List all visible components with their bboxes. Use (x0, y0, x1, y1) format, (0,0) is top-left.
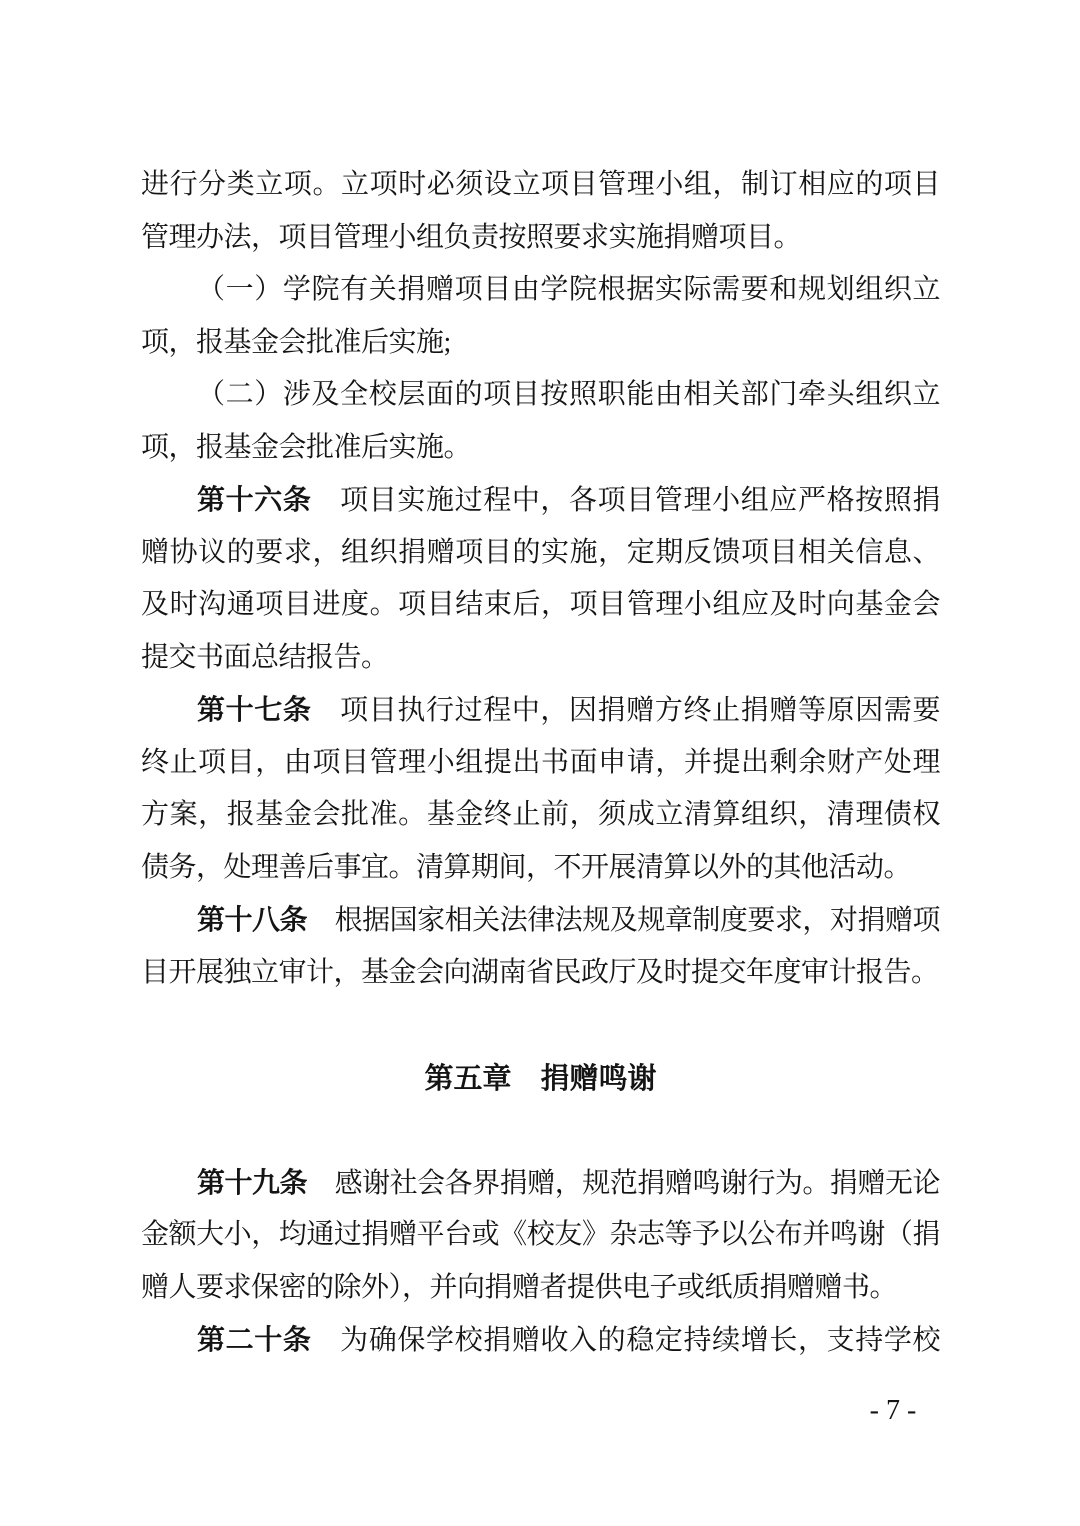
text-line: 方案，报基金会批准。基金终止前，须成立清算组织，清理债权 (141, 789, 940, 842)
line-text: 感谢社会各界捐赠，规范捐赠鸣谢行为。捐赠无论 (307, 1168, 940, 1199)
line-text: 项目执行过程中，因捐赠方终止捐赠等原因需要 (311, 695, 940, 726)
line-text: 项目实施过程中，各项目管理小组应严格按照捐 (311, 485, 940, 516)
text-line: 第十六条 项目实施过程中，各项目管理小组应严格按照捐 (141, 474, 940, 527)
text-line: 第二十条 为确保学校捐赠收入的稳定持续增长，支持学校 (141, 1314, 940, 1367)
line-text: 金额大小，均通过捐赠平台或《校友》杂志等予以公布并鸣谢（捐 (141, 1219, 940, 1250)
text-line: 债务，处理善后事宜。清算期间，不开展清算以外的其他活动。 (141, 842, 940, 895)
text-line: 赠协议的要求，组织捐赠项目的实施，定期反馈项目相关信息、 (141, 527, 940, 580)
page-number: - 7 - (793, 1394, 993, 1428)
text-line: （二）涉及全校层面的项目按照职能由相关部门牵头组织立 (141, 369, 940, 422)
text-line: 第十八条 根据国家相关法律法规及规章制度要求，对捐赠项 (141, 894, 940, 947)
document-page: 进行分类立项。立项时必须设立项目管理小组，制订相应的项目管理办法，项目管理小组负… (0, 0, 1080, 1526)
text-line: 项，报基金会批准后实施; (141, 317, 940, 370)
text-line: 进行分类立项。立项时必须设立项目管理小组，制订相应的项目 (141, 159, 940, 212)
line-text: （二）涉及全校层面的项目按照职能由相关部门牵头组织立 (197, 379, 940, 410)
blank-line (141, 1104, 940, 1157)
line-text: 项，报基金会批准后实施。 (141, 432, 471, 463)
line-text: 为确保学校捐赠收入的稳定持续增长，支持学校 (311, 1325, 940, 1356)
document-body: 进行分类立项。立项时必须设立项目管理小组，制订相应的项目管理办法，项目管理小组负… (141, 159, 940, 1367)
text-line: 项，报基金会批准后实施。 (141, 422, 940, 475)
line-text: 方案，报基金会批准。基金终止前，须成立清算组织，清理债权 (141, 799, 940, 830)
text-line: 及时沟通项目进度。项目结束后，项目管理小组应及时向基金会 (141, 579, 940, 632)
text-line: 金额大小，均通过捐赠平台或《校友》杂志等予以公布并鸣谢（捐 (141, 1209, 940, 1262)
line-text: 项，报基金会批准后实施; (141, 327, 451, 358)
line-text: 债务，处理善后事宜。清算期间，不开展清算以外的其他活动。 (141, 852, 911, 883)
line-text: 管理办法，项目管理小组负责按照要求实施捐赠项目。 (141, 222, 801, 253)
line-text: 及时沟通项目进度。项目结束后，项目管理小组应及时向基金会 (141, 589, 940, 620)
text-line: 第十九条 感谢社会各界捐赠，规范捐赠鸣谢行为。捐赠无论 (141, 1157, 940, 1210)
line-text: 赠协议的要求，组织捐赠项目的实施，定期反馈项目相关信息、 (141, 537, 940, 568)
text-line: 终止项目，由项目管理小组提出书面申请，并提出剩余财产处理 (141, 737, 940, 790)
text-line: 目开展独立审计，基金会向湖南省民政厅及时提交年度审计报告。 (141, 947, 940, 1000)
article-number: 第十七条 (197, 693, 311, 726)
text-line: 管理办法，项目管理小组负责按照要求实施捐赠项目。 (141, 212, 940, 265)
line-text: 终止项目，由项目管理小组提出书面申请，并提出剩余财产处理 (141, 747, 940, 778)
article-number: 第十九条 (197, 1166, 307, 1199)
line-text: （一）学院有关捐赠项目由学院根据实际需要和规划组织立 (197, 274, 940, 305)
text-line: 提交书面总结报告。 (141, 632, 940, 685)
text-line: （一）学院有关捐赠项目由学院根据实际需要和规划组织立 (141, 264, 940, 317)
article-number: 第十八条 (197, 903, 307, 936)
line-text: 提交书面总结报告。 (141, 642, 389, 673)
line-text: 根据国家相关法律法规及规章制度要求，对捐赠项 (307, 905, 940, 936)
line-text: 目开展独立审计，基金会向湖南省民政厅及时提交年度审计报告。 (141, 957, 939, 988)
line-text: 赠人要求保密的除外），并向捐赠者提供电子或纸质捐赠赠书。 (141, 1272, 897, 1303)
article-number: 第十六条 (197, 483, 311, 516)
chapter-heading: 第五章 捐赠鸣谢 (141, 1052, 940, 1105)
line-text: 进行分类立项。立项时必须设立项目管理小组，制订相应的项目 (141, 169, 940, 200)
blank-line (141, 999, 940, 1052)
text-line: 第十七条 项目执行过程中，因捐赠方终止捐赠等原因需要 (141, 684, 940, 737)
article-number: 第二十条 (197, 1323, 311, 1356)
text-line: 赠人要求保密的除外），并向捐赠者提供电子或纸质捐赠赠书。 (141, 1262, 940, 1315)
